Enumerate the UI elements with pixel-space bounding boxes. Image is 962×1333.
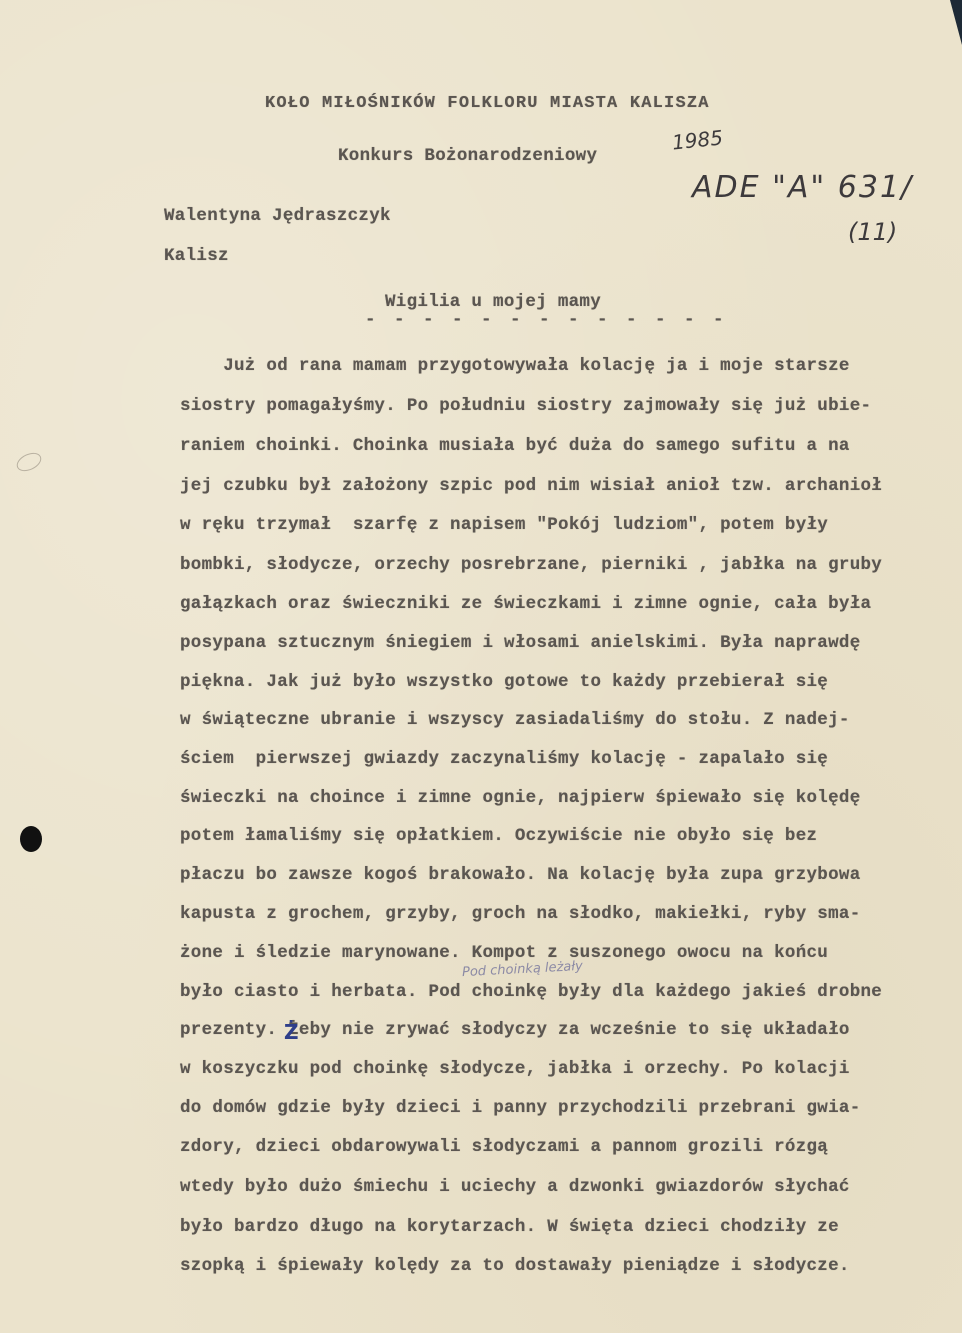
archive-fraction: (11) — [848, 218, 897, 246]
body-line: było ciasto i herbata. Pod choinkę były … — [180, 982, 882, 1002]
body-line: w ręku trzymał szarfę z napisem "Pokój l… — [180, 515, 828, 535]
body-line: ściem pierwszej gwiazdy zaczynaliśmy kol… — [180, 749, 828, 769]
title-underline: - - - - - - - - - - - - - — [365, 310, 728, 330]
pencil-mark — [14, 449, 44, 474]
body-line: kapusta z grochem, grzyby, groch na słod… — [180, 904, 861, 924]
body-line: zdory, dzieci obdarowywali słodyczami a … — [180, 1137, 828, 1157]
ink-correction-mark: Ż — [284, 1020, 299, 1044]
body-line: siostry pomagałyśmy. Po południu siostry… — [180, 396, 871, 416]
archive-signature: ADE "A" 631/ — [692, 170, 913, 205]
body-line: bombki, słodycze, orzechy posrebrzane, p… — [180, 555, 882, 575]
body-line: prezenty. Żeby nie zrywać słodyczy za wc… — [180, 1020, 850, 1040]
contest-title: Konkurs Bożonarodzeniowy — [338, 146, 597, 166]
story-title: Wigilia u mojej mamy — [385, 292, 601, 312]
body-line: w świąteczne ubranie i wszyscy zasiadali… — [180, 710, 850, 730]
body-line: Już od rana mamam przygotowywała kolację… — [180, 356, 850, 376]
body-line: płaczu bo zawsze kogoś brakowało. Na kol… — [180, 865, 861, 885]
author-city: Kalisz — [164, 246, 229, 266]
body-line: było bardzo długo na korytarzach. W świę… — [180, 1217, 839, 1237]
body-line: żone i śledzie marynowane. Kompot z susz… — [180, 943, 828, 963]
body-line: w koszyczku pod choinkę słodycze, jabłka… — [180, 1059, 850, 1079]
body-line: piękna. Jak już było wszystko gotowe to … — [180, 672, 828, 692]
body-line: świeczki na choince i zimne ognie, najpi… — [180, 788, 861, 808]
body-line: potem łamaliśmy się opłatkiem. Oczywiści… — [180, 826, 817, 846]
body-line: wtedy było dużo śmiechu i uciechy a dzwo… — [180, 1177, 850, 1197]
body-line: do domów gdzie były dzieci i panny przyc… — [180, 1098, 861, 1118]
body-line: posypana sztucznym śniegiem i włosami an… — [180, 633, 861, 653]
handwritten-year: 1985 — [671, 125, 724, 154]
body-line: raniem choinki. Choinka musiała być duża… — [180, 436, 850, 456]
scan-corner-shadow — [950, 0, 962, 45]
body-line: szopką i śpiewały kolędy za to dostawały… — [180, 1256, 850, 1276]
organization-header: KOŁO MIŁOŚNIKÓW FOLKLORU MIASTA KALISZA — [265, 94, 710, 113]
body-line: gałązkach oraz świeczniki ze świeczkami … — [180, 594, 871, 614]
author-name: Walentyna Jędraszczyk — [164, 206, 391, 226]
punch-hole — [20, 826, 42, 852]
body-line: jej czubku był założony szpic pod nim wi… — [180, 476, 882, 496]
